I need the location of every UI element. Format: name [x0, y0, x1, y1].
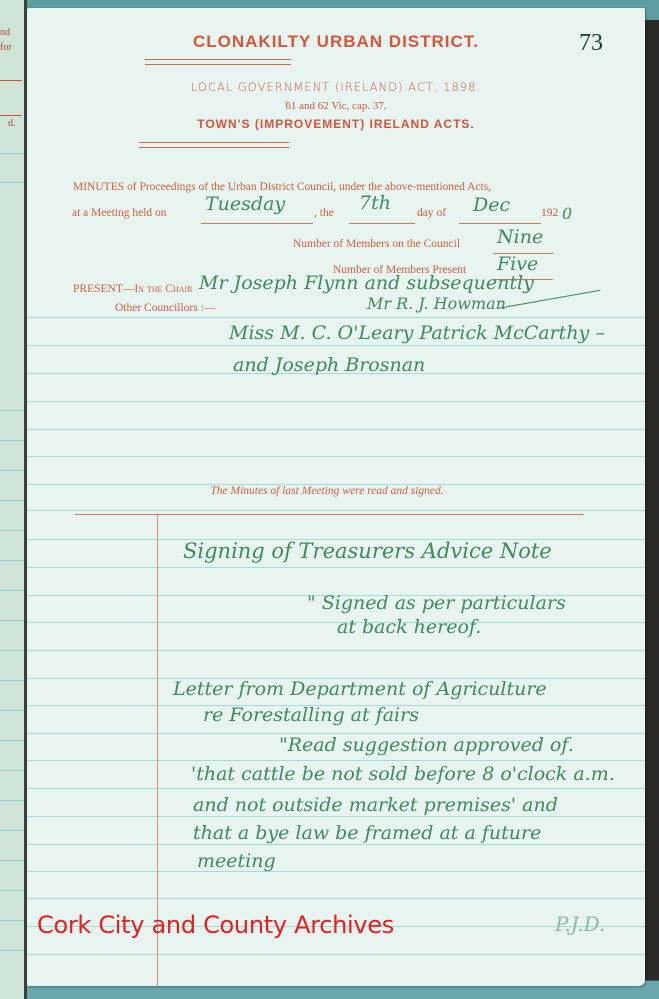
councillors-line-2: and Joseph Brosnan: [233, 354, 425, 376]
previous-page-edge: nd for d.: [0, 0, 27, 999]
item-2-heading: Letter from Department of Agriculture: [173, 678, 547, 700]
item-2-resolution-line-5: meeting: [197, 850, 276, 872]
present-chair-label: PRESENT—In the Chair: [73, 283, 192, 295]
item-1-heading: Signing of Treasurers Advice Note: [183, 539, 552, 563]
other-councillors-label: Other Councillors :—: [115, 302, 215, 314]
archive-watermark: Cork City and County Archives: [37, 911, 394, 939]
the-label: , the: [314, 207, 334, 219]
prev-page-fragment: for: [0, 42, 12, 53]
item-2-heading-line-2: re Forestalling at fairs: [203, 704, 419, 726]
meeting-held-label: at a Meeting held on: [72, 207, 167, 219]
meeting-month: Dec: [473, 194, 510, 216]
prev-page-fragment: nd: [0, 27, 10, 38]
prev-page-fragment: d.: [8, 118, 16, 129]
act-line-3: TOWN'S (IMPROVEMENT) IRELAND ACTS.: [27, 117, 645, 131]
meeting-weekday: Tuesday: [205, 193, 285, 215]
ledger-page: CLONAKILTY URBAN DISTRICT. 73 LOCAL GOVE…: [27, 8, 645, 986]
section-rule-horizontal: [75, 514, 583, 515]
header-underline: [139, 142, 289, 148]
day-of-label: day of: [417, 207, 446, 219]
item-2-resolution-line-3: and not outside market premises' and: [193, 794, 558, 816]
item-1-resolution-line-2: at back hereof.: [337, 616, 481, 638]
title-underline: [145, 59, 291, 65]
act-line-2: 61 and 62 Vic, cap. 37.: [27, 100, 645, 112]
year-handwritten: 0: [562, 204, 572, 223]
initials-signature: P.J.D.: [555, 912, 605, 936]
prev-page-rule: [0, 80, 22, 81]
district-title: CLONAKILTY URBAN DISTRICT.: [27, 32, 645, 52]
chair-name: Mr Joseph Flynn and subsequently: [199, 272, 534, 294]
prev-page-rule: [0, 115, 22, 116]
members-council-label: Number of Members on the Council: [293, 238, 460, 250]
book-edge-right: [645, 20, 659, 980]
item-1-resolution-line-1: " Signed as per particulars: [307, 592, 566, 614]
item-2-resolution-line-1: "Read suggestion approved of.: [279, 734, 574, 756]
councillors-line-1: Miss M. C. O'Leary Patrick McCarthy –: [229, 322, 605, 344]
members-council-value: Nine: [497, 226, 543, 248]
minutes-preamble: MINUTES of Proceedings of the Urban Dist…: [73, 181, 491, 193]
meeting-day: 7th: [359, 192, 391, 214]
page-number: 73: [579, 30, 603, 57]
item-2-resolution-line-2: 'that cattle be not sold before 8 o'cloc…: [191, 763, 615, 785]
minutes-read-note: The Minutes of last Meeting were read an…: [27, 485, 627, 497]
item-2-resolution-line-4: that a bye law be framed at a future: [193, 822, 541, 844]
year-printed: 192: [541, 207, 558, 219]
chair-subsequent-name: Mr R. J. Howman: [367, 294, 506, 313]
act-line-1: LOCAL GOVERNMENT (IRELAND) ACT, 1898.: [27, 80, 645, 94]
